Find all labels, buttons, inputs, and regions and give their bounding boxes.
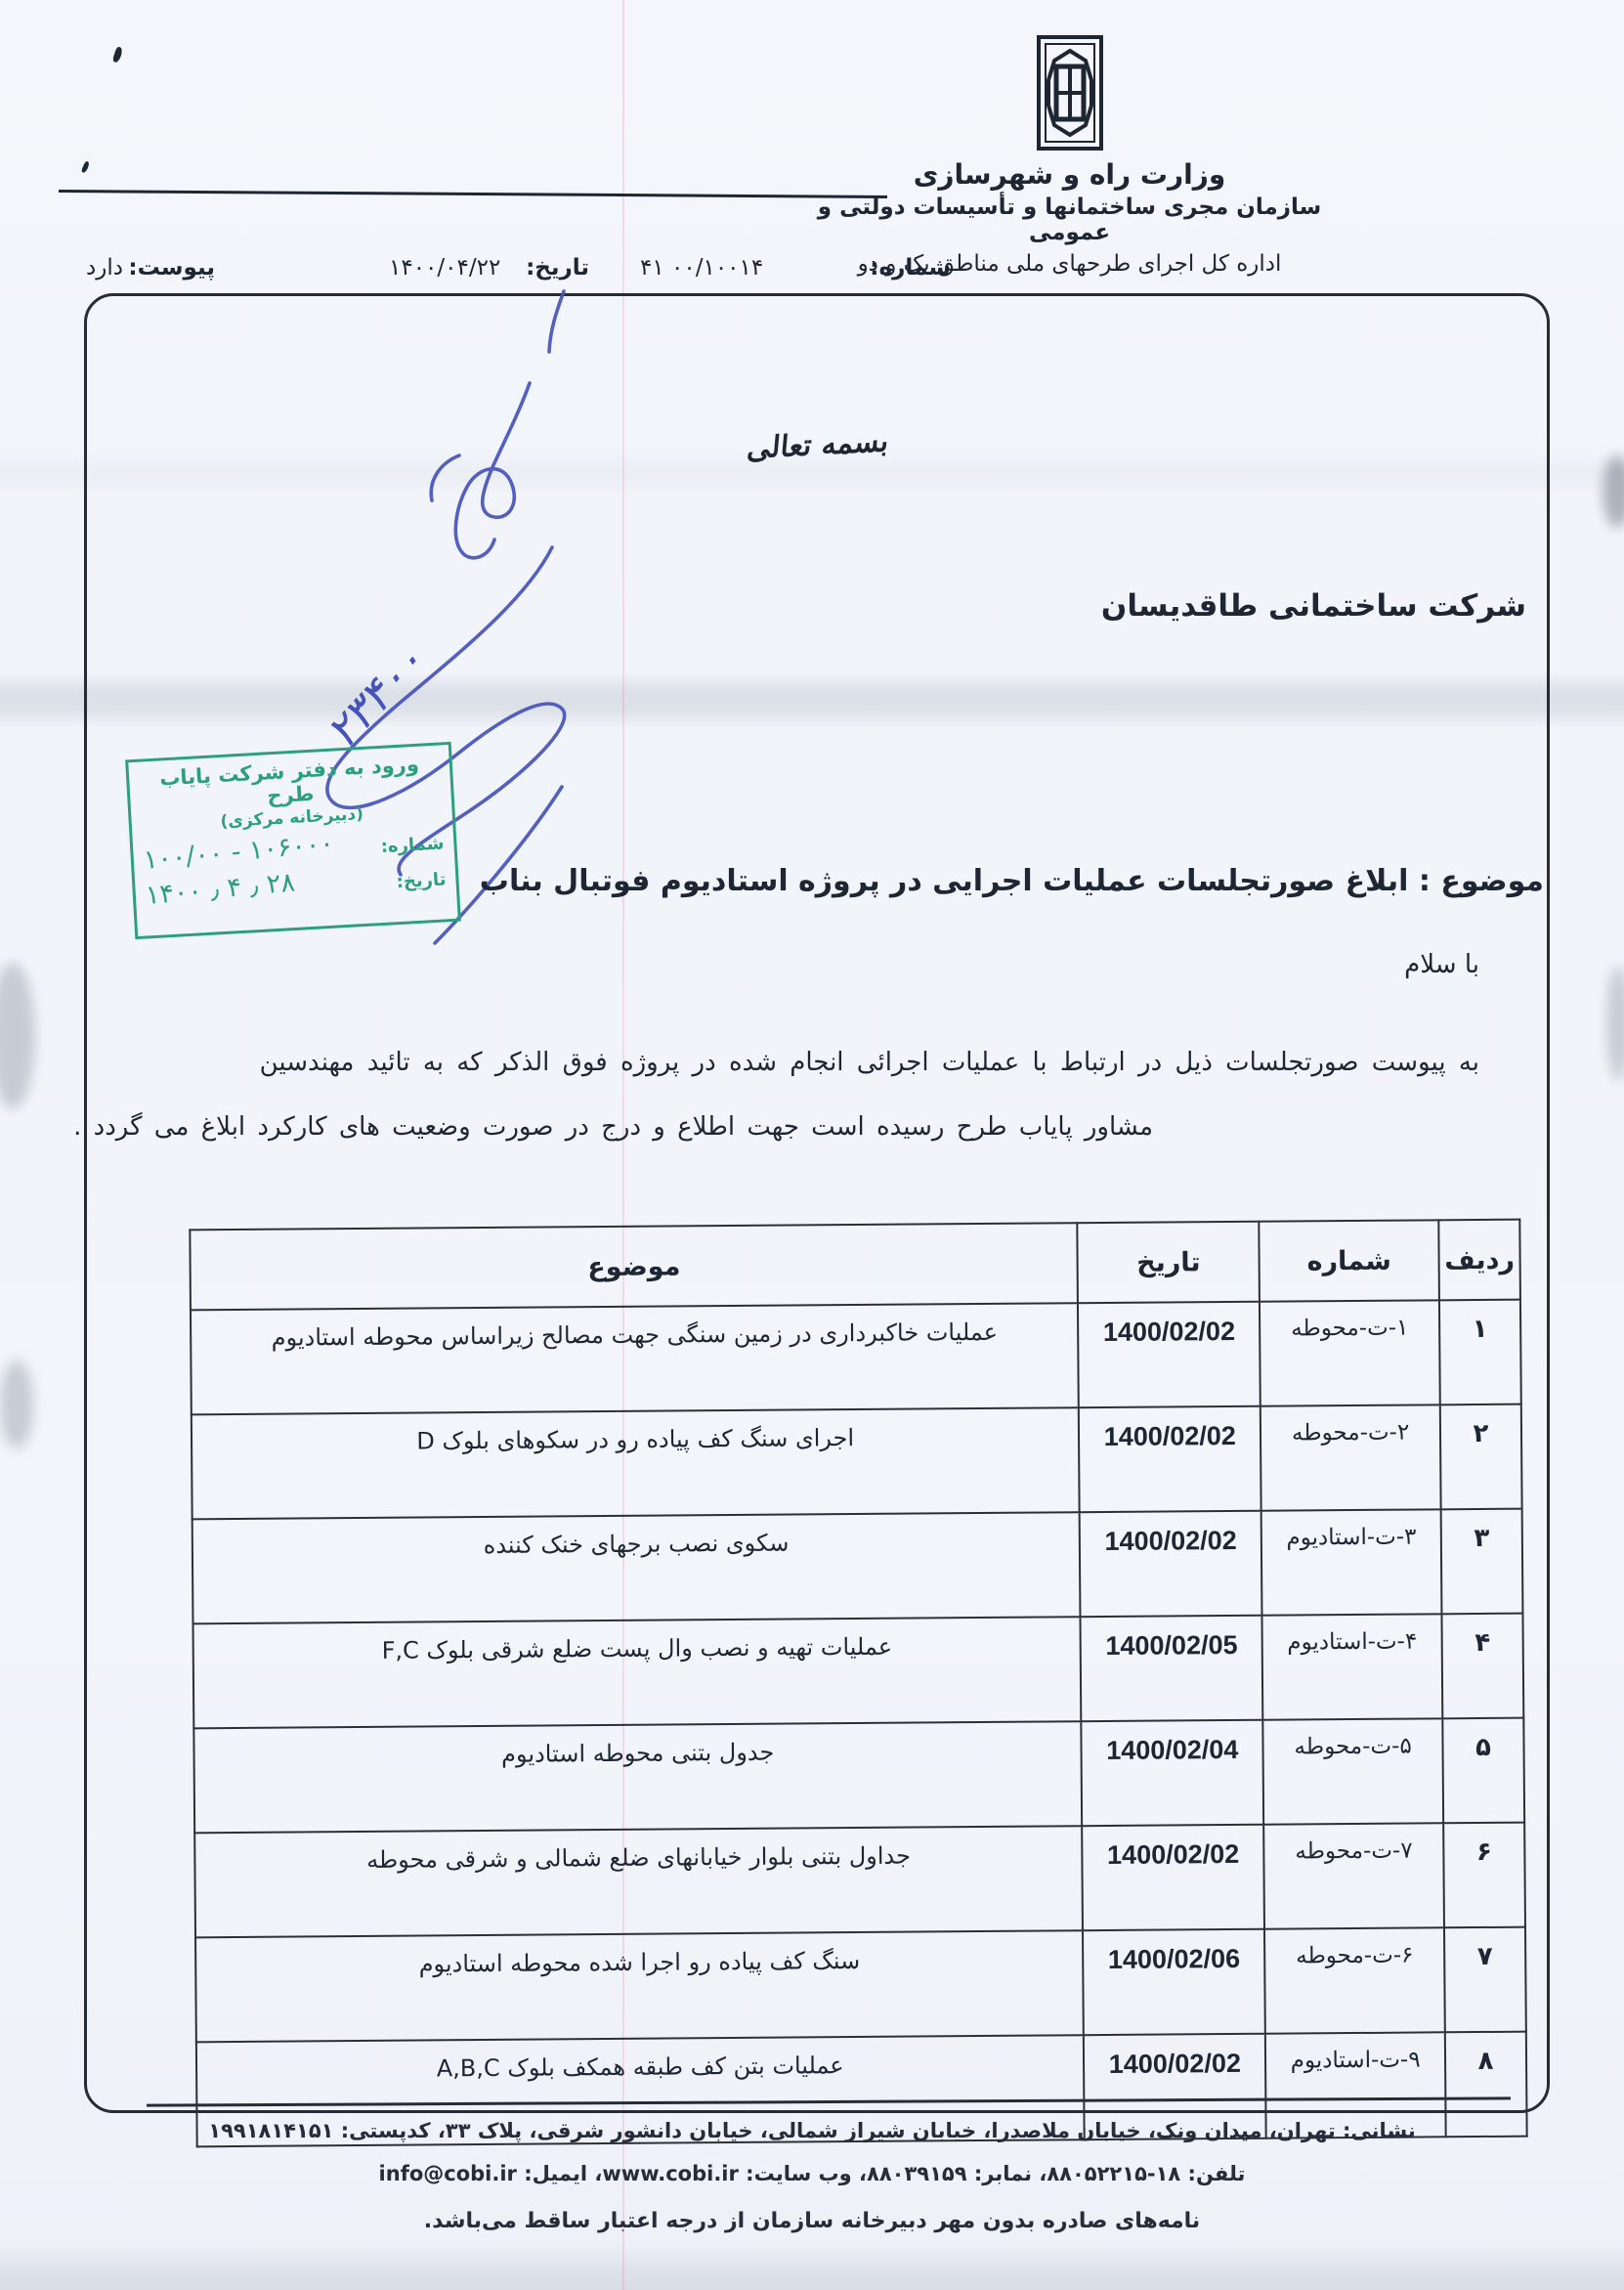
minute-date-cell: 1400/02/04 xyxy=(1082,1720,1264,1826)
table-row: ۱۱-ت-محوطه1400/02/02عملیات خاکبرداری در … xyxy=(191,1300,1521,1415)
minute-number-cell: ۳-ت-استادیوم xyxy=(1261,1509,1442,1615)
minute-date-cell: 1400/02/05 xyxy=(1081,1616,1263,1721)
footer-contact: تلفن: ۱۸-۸۸۰۵۲۲۱۵، نمابر: ۸۸۰۳۹۱۵۹، وب س… xyxy=(0,2162,1624,2185)
stamp-number-label: شماره: xyxy=(380,825,445,857)
scan-band-artifact xyxy=(0,2241,1624,2290)
header-rule xyxy=(59,190,887,198)
minute-date-cell: 1400/02/02 xyxy=(1079,1406,1261,1512)
row-index-cell: ۱ xyxy=(1439,1300,1521,1405)
minute-date-cell: 1400/02/02 xyxy=(1078,1302,1261,1407)
header-date: تاریخ xyxy=(1078,1222,1261,1303)
minute-date-cell: 1400/02/06 xyxy=(1083,1929,1265,2035)
letter-date-field: تاریخ: ۱۴۰۰/۰۴/۲۲ xyxy=(389,250,589,285)
body-paragraph-line-2: مشاور پایاب طرح رسیده است جهت اطلاع و در… xyxy=(73,1112,1153,1142)
minute-date-cell: 1400/02/02 xyxy=(1082,1825,1264,1930)
minute-number-cell: ۷-ت-محوطه xyxy=(1263,1823,1444,1928)
table-row: ۷۶-ت-محوطه1400/02/06سنگ کف پیاده رو اجرا… xyxy=(195,1927,1526,2043)
edge-smudge xyxy=(0,963,35,1109)
header-number: شماره xyxy=(1260,1220,1439,1301)
letter-number-value: ۴۱ ۰۰/۱۰۰۱۴ xyxy=(640,255,763,281)
table-header: ردیف شماره تاریخ موضوع xyxy=(190,1220,1520,1311)
stamp-date-label: تاریخ: xyxy=(396,861,447,892)
row-index-cell: ۲ xyxy=(1440,1404,1522,1510)
minute-number-cell: ۵-ت-محوطه xyxy=(1263,1718,1444,1824)
footer-validity-note: نامه‌های صادره بدون مهر دبیرخانه سازمان … xyxy=(0,2209,1624,2233)
letter-date-label: تاریخ: xyxy=(526,255,589,281)
edge-smudge xyxy=(1603,455,1624,528)
minute-subject-cell: جداول بتنی بلوار خیابانهای ضلع شمالی و ش… xyxy=(194,1826,1083,1937)
letter-number-label: شماره: xyxy=(870,255,951,281)
minutes-table: ردیف شماره تاریخ موضوع ۱۱-ت-محوطه1400/02… xyxy=(189,1219,1527,2148)
attachment-label: پیوست: xyxy=(128,255,215,281)
ink-speck xyxy=(81,161,90,174)
table-row: ۵۵-ت-محوطه1400/02/04جدول بتنی محوطه استا… xyxy=(193,1718,1524,1834)
minute-number-cell: ۲-ت-محوطه xyxy=(1261,1404,1441,1510)
organization-line-1: سازمان مجری ساختمانها و تأسیسات دولتی و … xyxy=(803,194,1336,245)
table-header-row: ردیف شماره تاریخ موضوع xyxy=(190,1220,1520,1311)
letter-number-field: شماره: ۴۱ ۰۰/۱۰۰۱۴ xyxy=(640,250,951,285)
minute-number-cell: ۶-ت-محوطه xyxy=(1264,1927,1445,2033)
row-index-cell: ۶ xyxy=(1443,1823,1525,1928)
row-index-cell: ۵ xyxy=(1442,1718,1524,1824)
row-index-cell: ۴ xyxy=(1441,1614,1523,1719)
table-row: ۶۷-ت-محوطه1400/02/02جداول بتنی بلوار خیا… xyxy=(194,1823,1525,1938)
minute-subject-cell: سکوی نصب برجهای خنک کننده xyxy=(192,1512,1081,1623)
row-index-cell: ۷ xyxy=(1444,1927,1526,2033)
ministry-title: وزارت راه و شهرسازی xyxy=(803,158,1336,191)
footer-address: نشانی: تهران، میدان ونک، خیابان ملاصدرا،… xyxy=(0,2119,1624,2142)
header-row-number: ردیف xyxy=(1438,1220,1520,1301)
table-row: ۲۲-ت-محوطه1400/02/02اجرای سنگ کف پیاده ر… xyxy=(192,1404,1522,1520)
minute-subject-cell: جدول بتنی محوطه استادیوم xyxy=(193,1721,1082,1833)
subject-line: موضوع : ابلاغ صورتجلسات عملیات اجرایی در… xyxy=(480,864,1544,898)
attachment-field: پیوست: دارد xyxy=(86,250,215,285)
recipient-name: شرکت ساختمانی طاقدیسان xyxy=(1101,588,1526,624)
letterhead: وزارت راه و شهرسازی سازمان مجری ساختمانه… xyxy=(803,35,1336,277)
minute-number-cell: ۴-ت-استادیوم xyxy=(1262,1614,1443,1719)
minute-date-cell: 1400/02/02 xyxy=(1080,1511,1262,1617)
table-row: ۳۳-ت-استادیوم1400/02/02سکوی نصب برجهای خ… xyxy=(192,1509,1523,1624)
edge-smudge xyxy=(0,1361,33,1448)
minute-subject-cell: سنگ کف پیاده رو اجرا شده محوطه استادیوم xyxy=(195,1930,1084,2042)
attachment-value: دارد xyxy=(86,255,123,281)
minute-subject-cell: اجرای سنگ کف پیاده رو در سکوهای بلوک D xyxy=(192,1407,1080,1519)
minute-subject-cell: عملیات تهیه و نصب وال پست ضلع شرقی بلوک … xyxy=(193,1617,1082,1728)
body-paragraph-line-1: به پیوست صورتجلسات ذیل در ارتباط با عملی… xyxy=(260,1048,1479,1077)
minute-number-cell: ۱-ت-محوطه xyxy=(1260,1300,1440,1405)
row-index-cell: ۳ xyxy=(1441,1509,1523,1615)
minute-subject-cell: عملیات خاکبرداری در زمین سنگی جهت مصالح … xyxy=(191,1303,1079,1414)
salutation: با سلام xyxy=(1404,950,1479,979)
ink-speck xyxy=(112,46,124,63)
registry-stamp: ورود به دفتر شرکت پایاب طرح (دبیرخانه مر… xyxy=(125,742,461,939)
header-subject: موضوع xyxy=(190,1223,1078,1310)
edge-smudge xyxy=(1606,966,1624,1081)
table-body: ۱۱-ت-محوطه1400/02/02عملیات خاکبرداری در … xyxy=(191,1300,1527,2147)
table-row: ۴۴-ت-استادیوم1400/02/05عملیات تهیه و نصب… xyxy=(193,1614,1524,1729)
scanned-letter-page: وزارت راه و شهرسازی سازمان مجری ساختمانه… xyxy=(0,0,1624,2290)
stamp-date-value: ۱۴۰۰ ٫ ۴ ٫ ۲۸ xyxy=(145,867,297,911)
ministry-emblem-icon xyxy=(1037,35,1103,151)
letter-date-value: ۱۴۰۰/۰۴/۲۲ xyxy=(389,255,500,281)
